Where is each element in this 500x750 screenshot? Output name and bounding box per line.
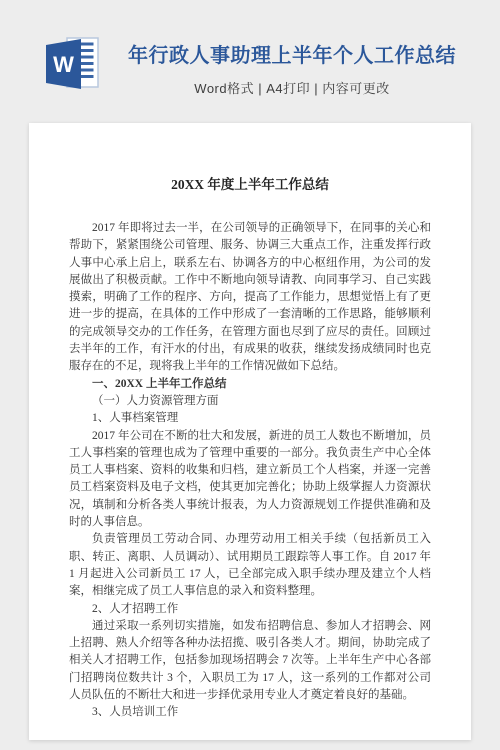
doc-paragraph-5: 2017 年公司在不断的壮大和发展，新进的员工人数也不断增加，员工人事档案的管理… (69, 428, 431, 532)
doc-paragraph-8: 通过采取一系列切实措施，如发布招聘信息、参加人才招聘会、网上招聘、熟人介绍等各种… (69, 618, 431, 704)
doc-paragraph-9: 3、人员培训工作 (69, 704, 431, 721)
header-row: W 年行政人事助理上半年个人工作总结 Word格式 | A4打印 | 内容可更改 (44, 36, 456, 104)
document-preview-page: 20XX 年度上半年工作总结 2017 年即将过去一半，在公司领导的正确领导下，… (29, 123, 471, 740)
header: W 年行政人事助理上半年个人工作总结 Word格式 | A4打印 | 内容可更改 (0, 0, 500, 104)
doc-paragraph-6: 负责管理员工劳动合同、办理劳动用工相关手续（包括新员工入职、转正、离职、人员调动… (69, 531, 431, 600)
doc-paragraph-4: 1、人事档案管理 (69, 410, 431, 427)
doc-body: 2017 年即将过去一半，在公司领导的正确领导下，在同事的关心和帮助下，紧紧围绕… (69, 220, 431, 722)
page-title: 年行政人事助理上半年个人工作总结 (128, 43, 456, 69)
word-icon: W (44, 36, 102, 92)
doc-paragraph-7: 2、人才招聘工作 (69, 601, 431, 618)
doc-paragraph-2: 一、20XX 上半年工作总结 (69, 376, 431, 393)
title-block: 年行政人事助理上半年个人工作总结 Word格式 | A4打印 | 内容可更改 (128, 43, 456, 97)
page-meta: Word格式 | A4打印 | 内容可更改 (194, 78, 389, 97)
doc-paragraph-3: （一）人力资源管理方面 (69, 393, 431, 410)
doc-title: 20XX 年度上半年工作总结 (69, 173, 431, 193)
doc-paragraph-1: 2017 年即将过去一半，在公司领导的正确领导下，在同事的关心和帮助下，紧紧围绕… (69, 220, 431, 376)
word-icon-letter: W (53, 52, 74, 77)
